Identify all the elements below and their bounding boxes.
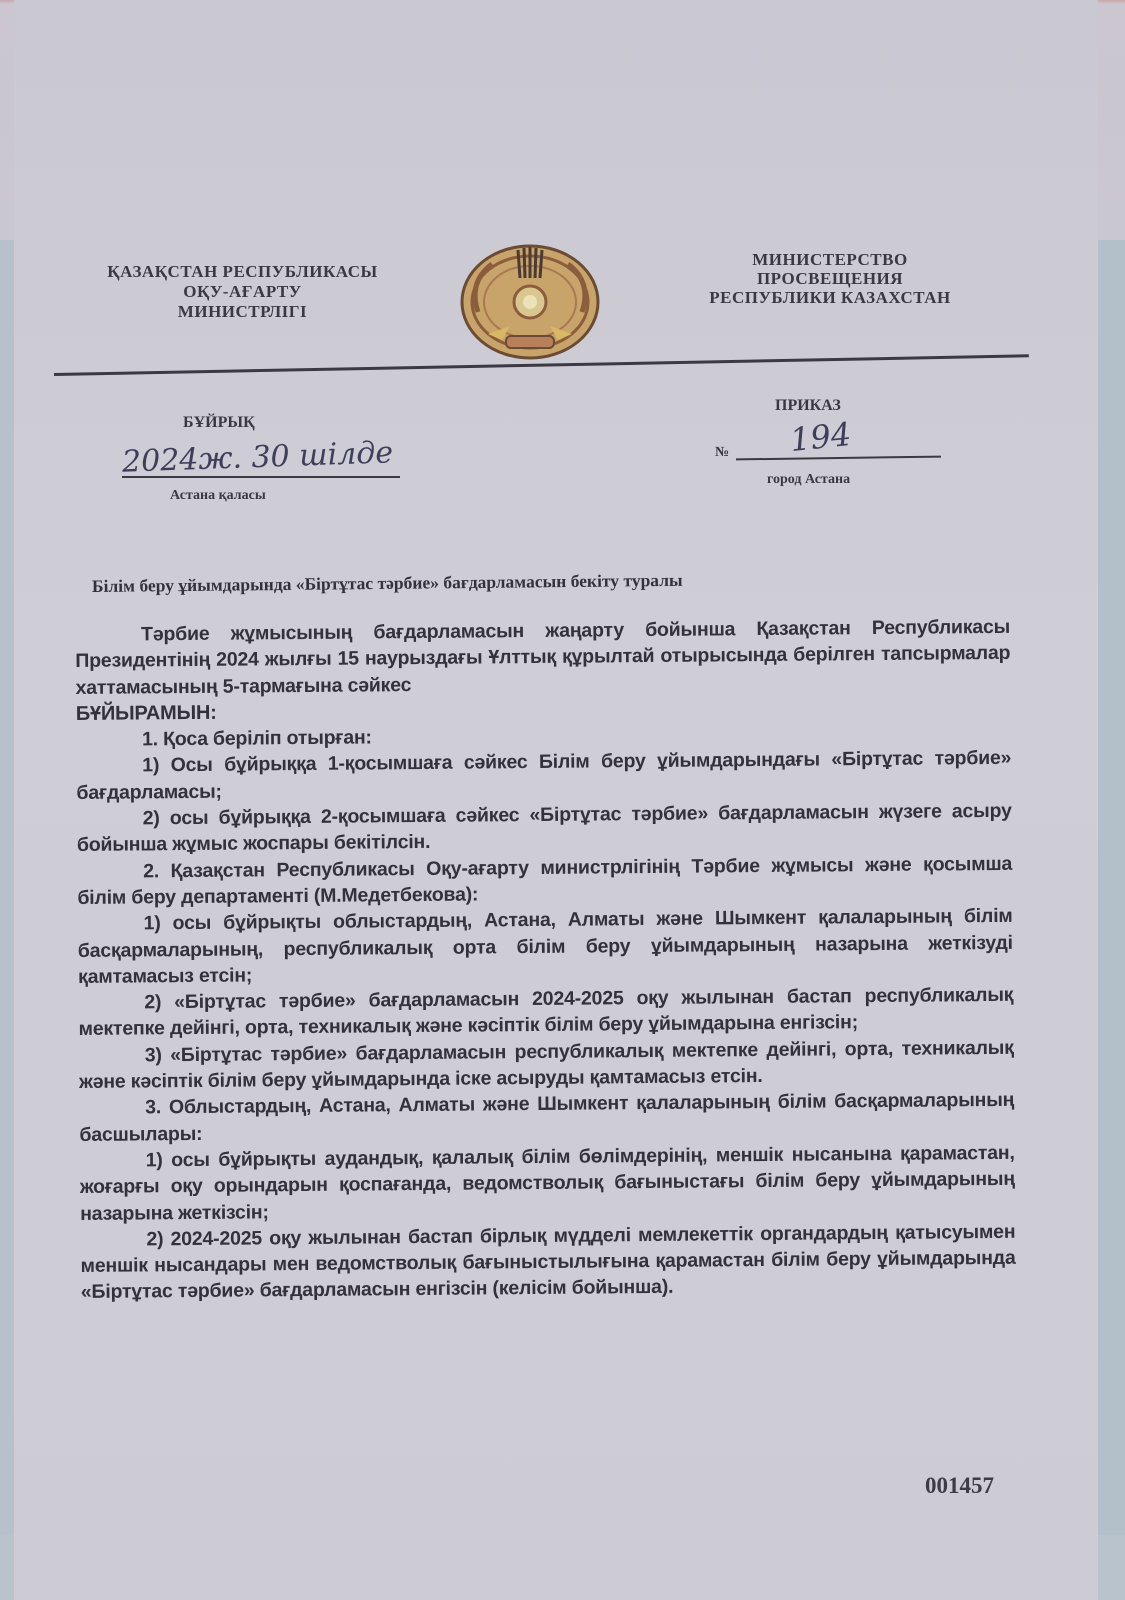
paragraph-list: 1. Қоса беріліп отырған:1) Осы бұйрыққа … — [76, 719, 1016, 1306]
order-city-ru: город Астана — [767, 472, 850, 488]
body-paragraph: 2) осы бұйрыққа 2-қосымшаға сәйкес «Бірт… — [77, 798, 1012, 859]
header-org-ru: МИНИСТЕРСТВО ПРОСВЕЩЕНИЯ РЕСПУБЛИКИ КАЗА… — [665, 250, 995, 307]
background-right — [1098, 240, 1125, 1535]
header-org-ru-line: ПРОСВЕЩЕНИЯ — [665, 269, 995, 288]
order-city-kz: Астана қаласы — [170, 488, 266, 504]
document-body: Тәрбие жұмысының бағдарламасын жаңарту б… — [75, 614, 1016, 1306]
body-paragraph: 1) Осы бұйрыққа 1-қосымшаға сәйкес Білім… — [76, 745, 1011, 806]
header-org-ru-line: РЕСПУБЛИКИ КАЗАХСТАН — [665, 288, 995, 307]
background-left — [0, 240, 14, 1535]
preamble: Тәрбие жұмысының бағдарламасын жаңарту б… — [75, 614, 1011, 701]
order-number-handwritten: 194 — [788, 415, 853, 459]
order-label-ru: ПРИКАЗ — [775, 397, 841, 415]
body-paragraph: 1) осы бұйрықты облыстардың, Астана, Алм… — [78, 903, 1014, 990]
body-paragraph: 2. Қазақстан Республикасы Оқу-ағарту мин… — [77, 851, 1012, 912]
header-org-kz-line: МИНИСТРЛІГІ — [70, 302, 415, 322]
body-paragraph: 1) осы бұйрықты аудандық, қалалық білім … — [80, 1140, 1016, 1227]
body-paragraph: 2) 2024-2025 оқу жылынан бастап бірлық м… — [80, 1219, 1016, 1306]
document-serial-number: 001457 — [925, 1473, 994, 1499]
date-underline — [122, 476, 400, 478]
body-paragraph: 2) «Біртұтас тәрбие» бағдарламасын 2024-… — [78, 982, 1013, 1043]
header-org-ru-line: МИНИСТЕРСТВО — [665, 250, 995, 269]
header-org-kz: ҚАЗАҚСТАН РЕСПУБЛИКАСЫ ОҚУ-АҒАРТУ МИНИСТ… — [70, 262, 415, 322]
header-org-kz-line: ОҚУ-АҒАРТУ — [70, 282, 415, 302]
order-number-prefix: № — [715, 445, 729, 461]
order-label-kz: БҰЙРЫҚ — [183, 414, 255, 432]
body-paragraph: 3. Облыстардың, Астана, Алматы және Шымк… — [79, 1087, 1014, 1148]
header-org-kz-line: ҚАЗАҚСТАН РЕСПУБЛИКАСЫ — [70, 262, 415, 282]
state-emblem-icon — [458, 242, 602, 360]
body-paragraph: 3) «Біртұтас тәрбие» бағдарламасын респу… — [79, 1035, 1014, 1096]
